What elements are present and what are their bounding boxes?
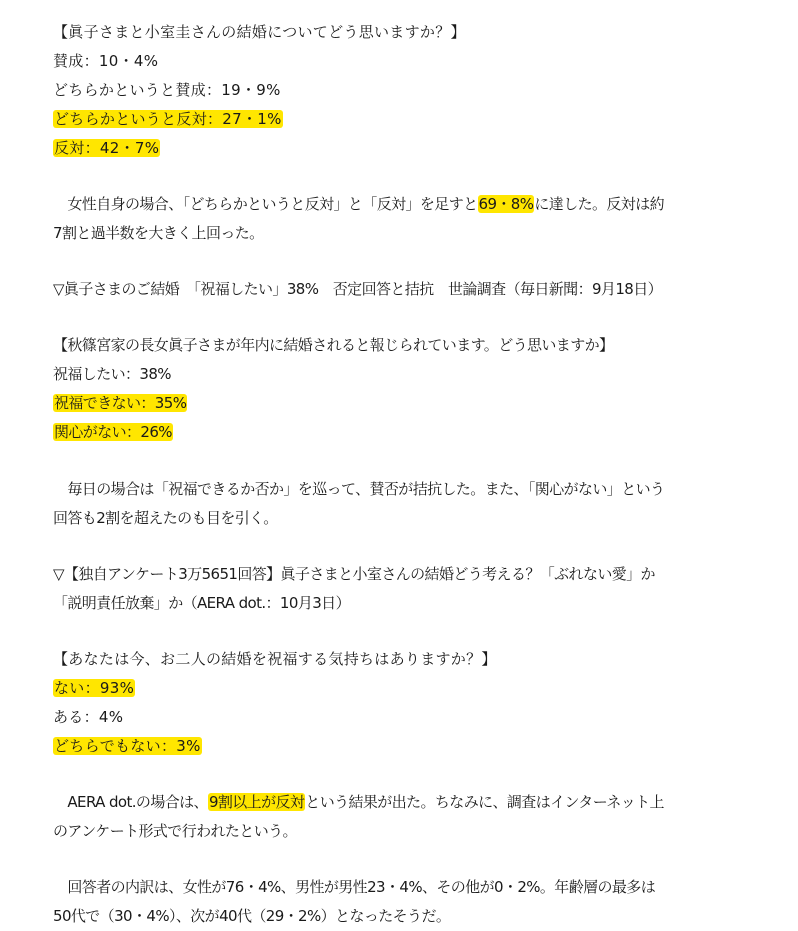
source-headline-aera-cont: 「説明責任放棄」か（AERA dot.：10月3日） (53, 592, 350, 614)
body-paragraph: 毎日の場合は「祝福できるか否か」を巡って、賛否が拮抗した。また、「関心がない」と… (53, 478, 664, 500)
body-paragraph-cont: 7割と過半数を大きく上回った。 (53, 222, 264, 244)
highlight-mark: 祝福できない：35% (53, 394, 187, 412)
survey-answer-highlighted: 関心がない：26% (53, 421, 173, 443)
highlight-mark: どちらかというと反対：27・1% (53, 110, 283, 128)
survey-answer-highlighted: 反対：42・7% (53, 137, 160, 159)
paragraph-text: 女性自身の場合、「どちらかというと反対」と「反対」を足すと (53, 195, 478, 213)
paragraph-text: という結果が出た。ちなみに、調査はインターネット上 (305, 793, 664, 811)
survey-answer: 賛成：10・4% (53, 50, 158, 72)
body-paragraph: 回答者の内訳は、女性が76・4%、男性が男性23・4%、その他が0・2%。年齢層… (53, 876, 655, 898)
survey-answer: どちらかというと賛成：19・9% (53, 79, 281, 101)
survey-answer-highlighted: 祝福できない：35% (53, 392, 187, 414)
survey-question-josei-jishin: 【眞子さまと小室圭さんの結婚についてどう思いますか？】 (53, 21, 466, 43)
source-headline-aera: ▽【独自アンケート3万5651回答】眞子さまと小室さんの結婚どう考える？「ぶれな… (53, 563, 655, 585)
highlight-mark: ない：93% (53, 679, 135, 697)
body-paragraph-cont: のアンケート形式で行われたという。 (53, 820, 297, 842)
highlight-mark: 69・8% (478, 195, 535, 213)
survey-answer: 祝福したい：38% (53, 363, 171, 385)
highlight-mark: どちらでもない：3% (53, 737, 202, 755)
survey-question-mainichi: 【秋篠宮家の長女眞子さまが年内に結婚されると報じられています。どう思いますか】 (53, 334, 613, 356)
body-paragraph-cont: 50代で（30・4%）、次が40代（29・2%）となったそうだ。 (53, 905, 450, 927)
highlight-mark: 関心がない：26% (53, 423, 173, 441)
body-paragraph-cont: 回答も2割を超えたのも目を引く。 (53, 507, 278, 529)
survey-question-aera: 【あなたは今、お二人の結婚を祝福する気持ちはありますか？】 (53, 648, 497, 670)
paragraph-text: AERA dot.の場合は、 (53, 793, 208, 811)
body-paragraph: 女性自身の場合、「どちらかというと反対」と「反対」を足すと69・8%に達した。反… (53, 193, 664, 215)
highlight-mark: 反対：42・7% (53, 139, 160, 157)
survey-answer-highlighted: どちらかというと反対：27・1% (53, 108, 283, 130)
survey-answer-highlighted: どちらでもない：3% (53, 735, 202, 757)
highlight-mark: 9割以上が反対 (208, 793, 305, 811)
paragraph-text: に達した。反対は約 (534, 195, 664, 213)
survey-answer: ある：4% (53, 706, 123, 728)
source-headline-mainichi: ▽眞子さまのご結婚 「祝福したい」38% 否定回答と拮抗 世論調査（毎日新聞：9… (53, 278, 662, 300)
survey-answer-highlighted: ない：93% (53, 677, 135, 699)
body-paragraph: AERA dot.の場合は、9割以上が反対という結果が出た。ちなみに、調査はイン… (53, 791, 664, 813)
